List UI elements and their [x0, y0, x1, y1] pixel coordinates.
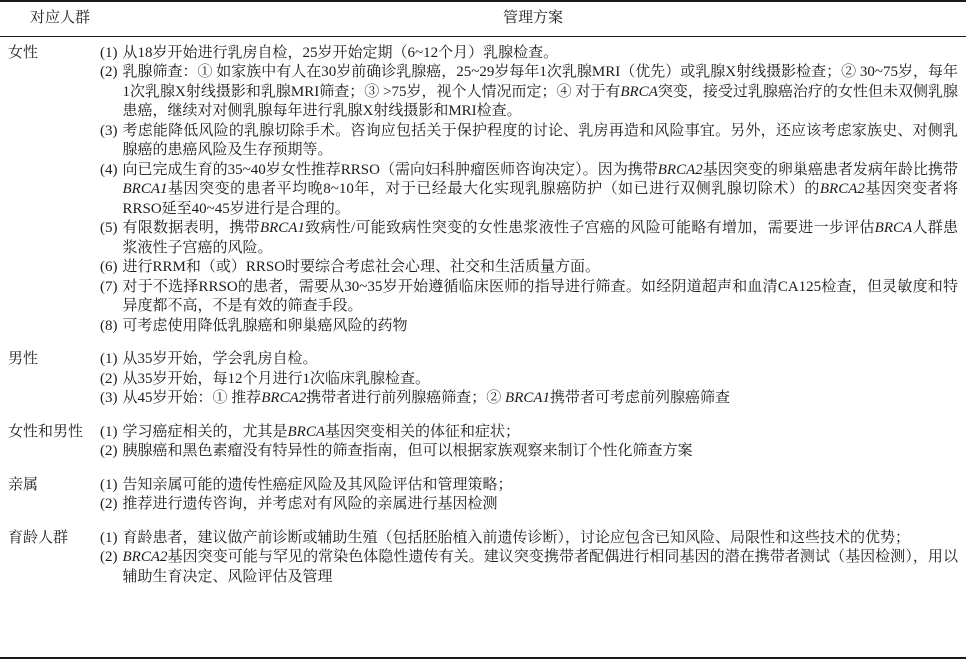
plan-item: (7) 对于不选择RRSO的患者，需要从30~35岁开始遵循临床医师的指导进行筛… [100, 278, 958, 317]
item-number: (2) [100, 495, 118, 515]
item-number: (2) [100, 63, 118, 83]
plan-cell: (1) 从18岁开始进行乳房自检，25岁开始定期（6~12个月）乳腺检查。 (2… [100, 44, 958, 337]
item-text: BRCA2基因突变可能与罕见的常染色体隐性遗传有关。建议突变携带者配偶进行相同基… [123, 548, 959, 587]
plan-cell: (1) 从35岁开始，学会乳房自检。 (2) 从35岁开始，每12个月进行1次临… [100, 350, 958, 409]
plan-cell: (1) 学习癌症相关的，尤其是BRCA基因突变相关的体征和症状； (2) 胰腺癌… [100, 423, 958, 462]
item-number: (1) [100, 476, 118, 496]
item-number: (4) [100, 161, 118, 181]
plan-cell: (1) 告知亲属可能的遗传性癌症风险及其风险评估和管理策略； (2) 推荐进行遗… [100, 476, 958, 515]
plan-item: (3) 从45岁开始：① 推荐BRCA2携带者进行前列腺癌筛查；② BRCA1携… [100, 389, 958, 409]
item-number: (5) [100, 219, 118, 239]
plan-item: (1) 从18岁开始进行乳房自检，25岁开始定期（6~12个月）乳腺检查。 [100, 44, 958, 64]
item-text: 乳腺筛查：① 如家族中有人在30岁前确诊乳腺癌，25~29岁每年1次乳腺MRI（… [123, 63, 959, 122]
item-number: (3) [100, 122, 118, 142]
item-text: 从18岁开始进行乳房自检，25岁开始定期（6~12个月）乳腺检查。 [123, 44, 959, 64]
table-header-row: 对应人群 管理方案 [0, 2, 966, 36]
item-text: 有限数据表明，携带BRCA1致病性/可能致病性突变的女性患浆液性子宫癌的风险可能… [123, 219, 959, 258]
table-row: 女性和男性 (1) 学习癌症相关的，尤其是BRCA基因突变相关的体征和症状； (… [8, 423, 958, 462]
item-text: 从35岁开始，每12个月进行1次临床乳腺检查。 [123, 370, 959, 390]
item-text: 胰腺癌和黑色素瘤没有特异性的筛查指南，但可以根据家族观察来制订个性化筛查方案 [123, 442, 959, 462]
item-text: 从35岁开始，学会乳房自检。 [123, 350, 959, 370]
item-number: (6) [100, 258, 118, 278]
plan-item: (6) 进行RRM和（或）RRSO时要综合考虑社会心理、社交和生活质量方面。 [100, 258, 958, 278]
plan-item: (1) 从35岁开始，学会乳房自检。 [100, 350, 958, 370]
guideline-table-page: { "table": { "header": { "population": "… [0, 0, 966, 659]
item-number: (1) [100, 423, 118, 443]
item-number: (1) [100, 44, 118, 64]
table-row: 亲属 (1) 告知亲属可能的遗传性癌症风险及其风险评估和管理策略； (2) 推荐… [8, 476, 958, 515]
column-header-plan: 管理方案 [108, 9, 958, 29]
item-number: (2) [100, 548, 118, 568]
population-cell: 亲属 [8, 476, 100, 515]
plan-cell: (1) 育龄患者，建议做产前诊断或辅助生殖（包括胚胎植入前遗传诊断），讨论应包含… [100, 529, 958, 588]
plan-item: (3) 考虑能降低风险的乳腺切除手术。咨询应包括关于保护程度的讨论、乳房再造和风… [100, 122, 958, 161]
item-text: 对于不选择RRSO的患者，需要从30~35岁开始遵循临床医师的指导进行筛查。如经… [123, 278, 959, 317]
item-text: 考虑能降低风险的乳腺切除手术。咨询应包括关于保护程度的讨论、乳房再造和风险事宜。… [123, 122, 959, 161]
item-text: 向已完成生育的35~40岁女性推荐RRSO（需向妇科肿瘤医师咨询决定）。因为携带… [123, 161, 959, 220]
item-text: 学习癌症相关的，尤其是BRCA基因突变相关的体征和症状； [123, 423, 959, 443]
item-number: (1) [100, 529, 118, 549]
table-row: 女性 (1) 从18岁开始进行乳房自检，25岁开始定期（6~12个月）乳腺检查。… [8, 44, 958, 337]
table-row: 男性 (1) 从35岁开始，学会乳房自检。 (2) 从35岁开始，每12个月进行… [8, 350, 958, 409]
item-number: (1) [100, 350, 118, 370]
plan-item: (2) 推荐进行遗传咨询，并考虑对有风险的亲属进行基因检测 [100, 495, 958, 515]
item-text: 可考虑使用降低乳腺癌和卵巢癌风险的药物 [123, 317, 959, 337]
column-header-population: 对应人群 [8, 9, 108, 29]
plan-item: (8) 可考虑使用降低乳腺癌和卵巢癌风险的药物 [100, 317, 958, 337]
plan-item: (1) 育龄患者，建议做产前诊断或辅助生殖（包括胚胎植入前遗传诊断），讨论应包含… [100, 529, 958, 549]
item-text: 育龄患者，建议做产前诊断或辅助生殖（包括胚胎植入前遗传诊断），讨论应包含已知风险… [123, 529, 959, 549]
item-text: 从45岁开始：① 推荐BRCA2携带者进行前列腺癌筛查；② BRCA1携带者可考… [123, 389, 959, 409]
population-cell: 女性 [8, 44, 100, 337]
item-number: (2) [100, 442, 118, 462]
plan-item: (2) 乳腺筛查：① 如家族中有人在30岁前确诊乳腺癌，25~29岁每年1次乳腺… [100, 63, 958, 122]
item-text: 告知亲属可能的遗传性癌症风险及其风险评估和管理策略； [123, 476, 959, 496]
table-row: 育龄人群 (1) 育龄患者，建议做产前诊断或辅助生殖（包括胚胎植入前遗传诊断），… [8, 529, 958, 588]
item-number: (2) [100, 370, 118, 390]
plan-item: (2) 从35岁开始，每12个月进行1次临床乳腺检查。 [100, 370, 958, 390]
plan-item: (2) 胰腺癌和黑色素瘤没有特异性的筛查指南，但可以根据家族观察来制订个性化筛查… [100, 442, 958, 462]
item-number: (3) [100, 389, 118, 409]
plan-item: (2) BRCA2基因突变可能与罕见的常染色体隐性遗传有关。建议突变携带者配偶进… [100, 548, 958, 587]
plan-item: (1) 学习癌症相关的，尤其是BRCA基因突变相关的体征和症状； [100, 423, 958, 443]
item-text: 推荐进行遗传咨询，并考虑对有风险的亲属进行基因检测 [123, 495, 959, 515]
plan-item: (1) 告知亲属可能的遗传性癌症风险及其风险评估和管理策略； [100, 476, 958, 496]
plan-item: (4) 向已完成生育的35~40岁女性推荐RRSO（需向妇科肿瘤医师咨询决定）。… [100, 161, 958, 220]
item-text: 进行RRM和（或）RRSO时要综合考虑社会心理、社交和生活质量方面。 [123, 258, 959, 278]
population-cell: 女性和男性 [8, 423, 100, 462]
population-cell: 男性 [8, 350, 100, 409]
table-body: 女性 (1) 从18岁开始进行乳房自检，25岁开始定期（6~12个月）乳腺检查。… [0, 37, 966, 658]
item-number: (7) [100, 278, 118, 298]
plan-item: (5) 有限数据表明，携带BRCA1致病性/可能致病性突变的女性患浆液性子宫癌的… [100, 219, 958, 258]
item-number: (8) [100, 317, 118, 337]
population-cell: 育龄人群 [8, 529, 100, 588]
